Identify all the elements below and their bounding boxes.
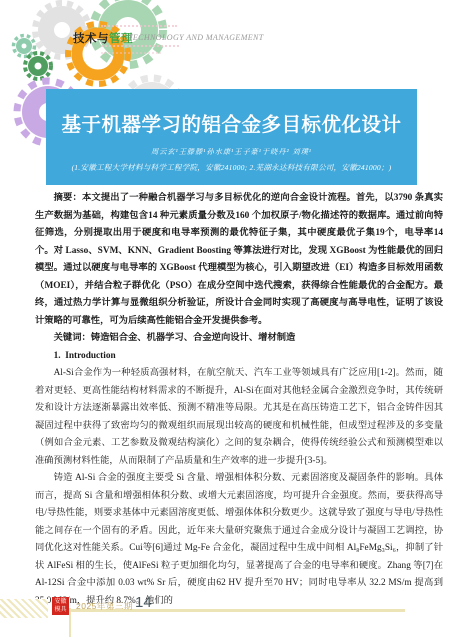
page-number: 14	[135, 594, 152, 611]
article-title: 基于机器学习的铝合金多目标优化设计	[46, 89, 417, 137]
journal-badge-line2: 模具	[52, 606, 69, 614]
author-line: 周云玄¹王滕滕¹孙水康¹王子豪¹于晓丹² 刘璞¹	[46, 147, 417, 157]
pink-dotted-decoration	[101, 52, 161, 54]
abstract-text: 本文提出了一种融合机器学习与多目标优化的逆向合金设计流程。首先，以3790 条真…	[35, 193, 443, 326]
footer-stripe-decoration	[0, 599, 48, 618]
pink-dotted-decoration	[101, 25, 177, 27]
title-banner: 基于机器学习的铝合金多目标优化设计 周云玄¹王滕滕¹孙水康¹王子豪¹于晓丹² 刘…	[46, 89, 417, 185]
keywords-label: 关键词：	[54, 333, 91, 343]
footer-vertical-rule	[69, 608, 71, 637]
journal-badge: 安徽 模具	[52, 597, 69, 615]
journal-page: { "header": { "journal_cn_black": "技术与",…	[0, 0, 472, 637]
journal-name-cn: 技术与管理	[73, 30, 133, 46]
affiliation-line: (1.安徽工程大学材料与科学工程学院，安徽241000; 2.芜湖永达科技有限公…	[46, 162, 417, 173]
green-gear-icon	[25, 53, 51, 79]
keywords-text: 铸造铝合金、机器学习、合金逆向设计、增材制造	[91, 333, 296, 343]
article-body: 摘要：本文提出了一种融合机器学习与多目标优化的逆向合金设计流程。首先，以3790…	[35, 190, 443, 610]
abstract-label: 摘要：	[54, 193, 82, 203]
journal-name-black: 技术与	[73, 33, 109, 45]
issue-label: 2025年第三期	[76, 600, 133, 612]
teal-gear-icon	[14, 36, 35, 57]
journal-name-en: TECHNOLOGY AND MANAGEMENT	[128, 33, 264, 42]
section-heading-introduction: 1. Introduction	[35, 348, 443, 366]
keywords-line: 关键词：铸造铝合金、机器学习、合金逆向设计、增材制造	[35, 330, 443, 348]
intro-paragraph: 铸造 Al-Si 合金的强度主要受 Si 含量、增强相体积分数、元素固溶度及凝固…	[35, 470, 443, 610]
intro-paragraph: Al-Si合金作为一种轻质高强材料，在航空航天、汽车工业等领域具有广泛应用[1-…	[35, 365, 443, 470]
journal-badge-line1: 安徽	[52, 598, 69, 606]
abstract-paragraph: 摘要：本文提出了一种融合机器学习与多目标优化的逆向合金设计流程。首先，以3790…	[35, 190, 443, 330]
